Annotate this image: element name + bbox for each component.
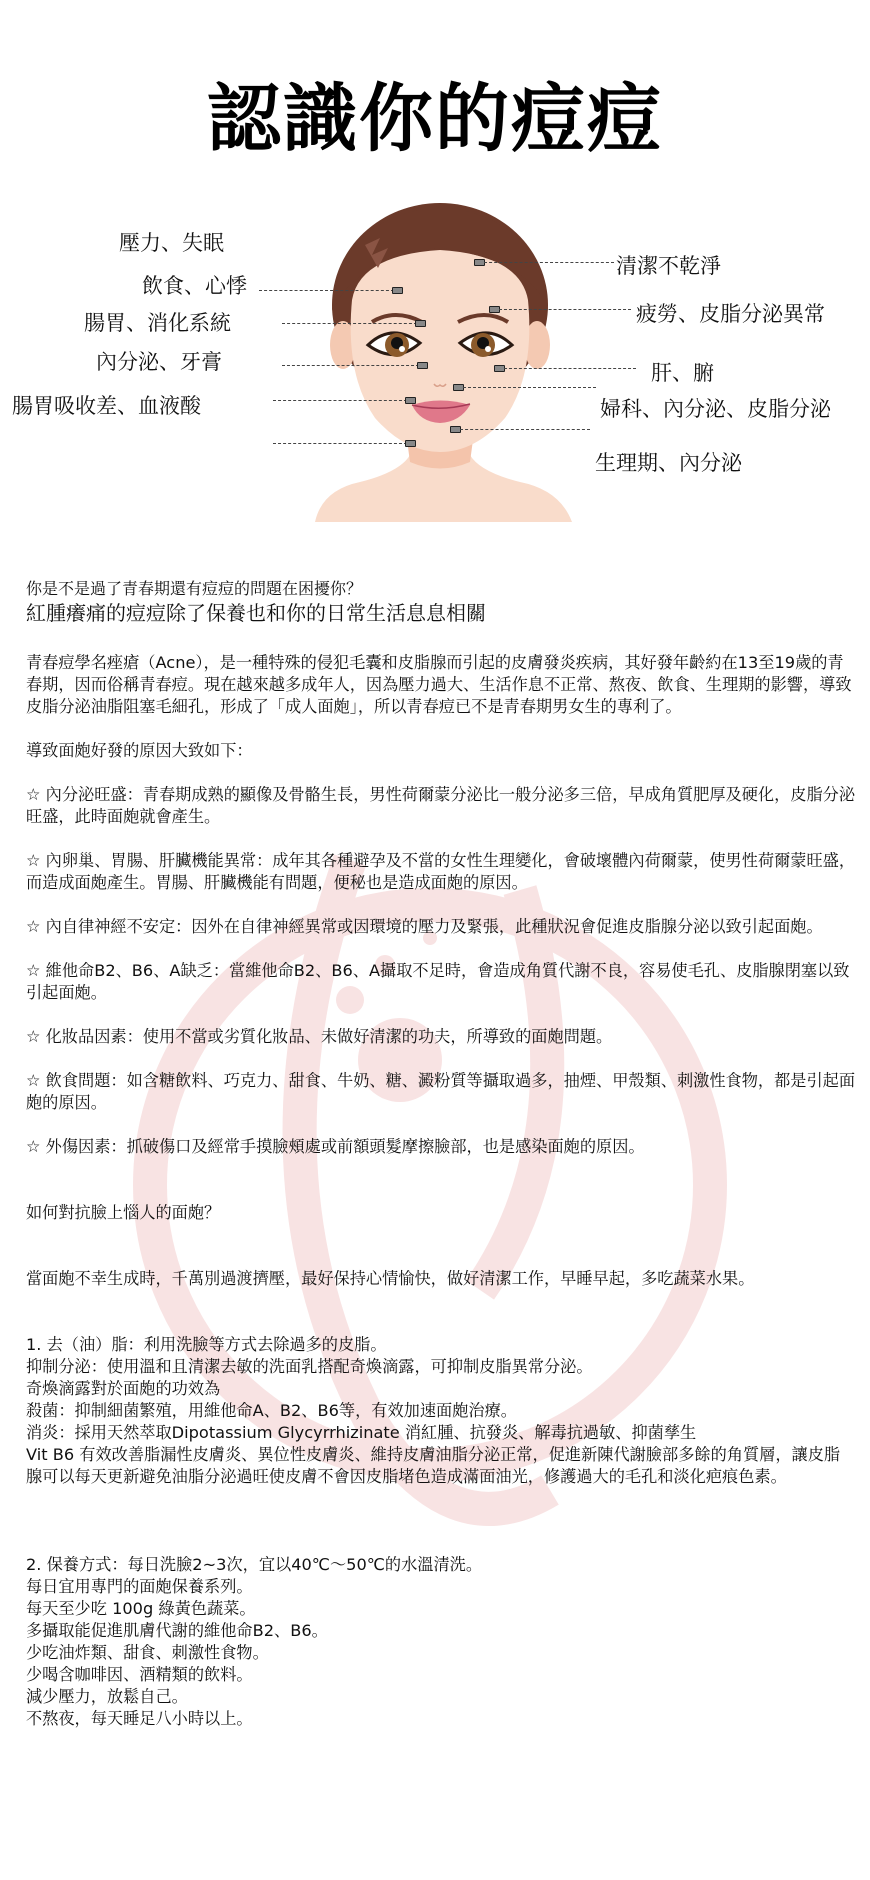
- section2-line: 減少壓力，放鬆自己。: [26, 1686, 856, 1708]
- label-menstrual-endocrine: 生理期、內分泌: [595, 447, 742, 477]
- label-gynecology-endocrine: 婦科、內分泌、皮脂分泌: [600, 393, 831, 423]
- pointer-pin-icon: [415, 320, 426, 327]
- pointer-line: [259, 290, 394, 291]
- pointer-pin-icon: [405, 397, 416, 404]
- label-digestive-system: 腸胃、消化系統: [84, 307, 231, 337]
- pointer-line: [504, 368, 636, 369]
- pointer-line: [282, 365, 419, 366]
- cause-item-nerves: ☆ 內自律神經不安定：因外在自律神經異常或因環境的壓力及緊張，此種狀況會促進皮脂…: [26, 916, 856, 938]
- label-poor-absorption: 腸胃吸收差、血液酸: [12, 390, 201, 420]
- treatment-heading: 如何對抗臉上惱人的面皰？: [26, 1202, 856, 1224]
- section2-line: 多攝取能促進肌膚代謝的維他命B2、B6。: [26, 1620, 856, 1642]
- treatment-summary: 當面皰不幸生成時，千萬別過渡擠壓，最好保持心情愉快，做好清潔工作，早睡早起，多吃…: [26, 1268, 856, 1290]
- label-stress-insomnia: 壓力、失眠: [119, 227, 224, 257]
- section2-line: 每天至少吃 100g 綠黃色蔬菜。: [26, 1598, 856, 1620]
- section1-line: Vit B6 有效改善脂漏性皮膚炎、異位性皮膚炎、維持皮膚油脂分泌正常，促進新陳…: [26, 1444, 856, 1488]
- pointer-line: [460, 429, 590, 430]
- article-body: 你是不是過了青春期還有痘痘的問題在困擾你？ 紅腫癢痛的痘痘除了保養也和你的日常生…: [26, 578, 856, 1730]
- pointer-line: [484, 262, 614, 263]
- causes-heading: 導致面皰好發的原因大致如下：: [26, 740, 856, 762]
- pointer-line: [499, 309, 631, 310]
- section2-line: 2. 保養方式：每日洗臉2~3次，宜以40℃～50℃的水溫清洗。: [26, 1554, 856, 1576]
- section2-line: 不熬夜，每天睡足八小時以上。: [26, 1708, 856, 1730]
- cause-item-cosmetics: ☆ 化妝品因素：使用不當或劣質化妝品、未做好清潔的功夫，所導致的面皰問題。: [26, 1026, 856, 1048]
- pointer-pin-icon: [405, 440, 416, 447]
- section1-line: 消炎：採用天然萃取Dipotassium Glycyrrhizinate 消紅腫…: [26, 1422, 856, 1444]
- label-fatigue-sebum: 疲勞、皮脂分泌異常: [636, 298, 825, 328]
- label-liver: 肝、腑: [651, 357, 714, 387]
- pointer-line: [273, 400, 407, 401]
- intro-question: 你是不是過了青春期還有痘痘的問題在困擾你？: [26, 578, 856, 600]
- section1-line: 殺菌：抑制細菌繁殖，用維他命A、B2、B6等，有效加速面皰治療。: [26, 1400, 856, 1422]
- section2-line: 少喝含咖啡因、酒精類的飲料。: [26, 1664, 856, 1686]
- pointer-pin-icon: [417, 362, 428, 369]
- cause-item-organs: ☆ 內卵巢、胃腸、肝臟機能異常：成年其各種避孕及不當的女性生理變化，會破壞體內荷…: [26, 850, 856, 894]
- label-diet-palpitation: 飲食、心悸: [142, 270, 247, 300]
- section1-line: 1. 去（油）脂：利用洗臉等方式去除過多的皮脂。: [26, 1334, 856, 1356]
- face-diagram: 壓力、失眠 飲食、心悸 腸胃、消化系統 內分泌、牙膏 腸胃吸收差、血液酸 清潔不…: [0, 200, 870, 530]
- label-not-clean: 清潔不乾淨: [616, 250, 721, 280]
- cause-item-injury: ☆ 外傷因素：抓破傷口及經常手摸臉頰處或前額頭髮摩擦臉部，也是感染面皰的原因。: [26, 1136, 856, 1158]
- section2-line: 每日宜用專門的面皰保養系列。: [26, 1576, 856, 1598]
- section1-line: 抑制分泌：使用溫和且清潔去敏的洗面乳搭配奇煥滴露，可抑制皮脂異常分泌。: [26, 1356, 856, 1378]
- intro-paragraph: 青春痘學名痤瘡（Acne），是一種特殊的侵犯毛囊和皮脂腺而引起的皮膚發炎疾病，其…: [26, 652, 856, 718]
- pointer-line: [273, 443, 407, 444]
- pointer-pin-icon: [392, 287, 403, 294]
- intro-headline: 紅腫癢痛的痘痘除了保養也和你的日常生活息息相關: [26, 602, 856, 624]
- cause-item-vitamins: ☆ 維他命B2、B6、A缺乏：當維他命B2、B6、A攝取不足時，會造成角質代謝不…: [26, 960, 856, 1004]
- cause-item-diet: ☆ 飲食問題：如含糖飲料、巧克力、甜食、牛奶、糖、澱粉質等攝取過多，抽煙、甲殼類…: [26, 1070, 856, 1114]
- section2-line: 少吃油炸類、甜食、刺激性食物。: [26, 1642, 856, 1664]
- page-title: 認識你的痘痘: [0, 60, 870, 166]
- label-endocrine-toothpaste: 內分泌、牙膏: [96, 346, 222, 376]
- section1-line: 奇煥滴露對於面皰的功效為: [26, 1378, 856, 1400]
- cause-item-endocrine: ☆ 內分泌旺盛：青春期成熟的顯像及骨骼生長，男性荷爾蒙分泌比一般分泌多三倍，早成…: [26, 784, 856, 828]
- pointer-line: [463, 387, 596, 388]
- pointer-line: [282, 323, 417, 324]
